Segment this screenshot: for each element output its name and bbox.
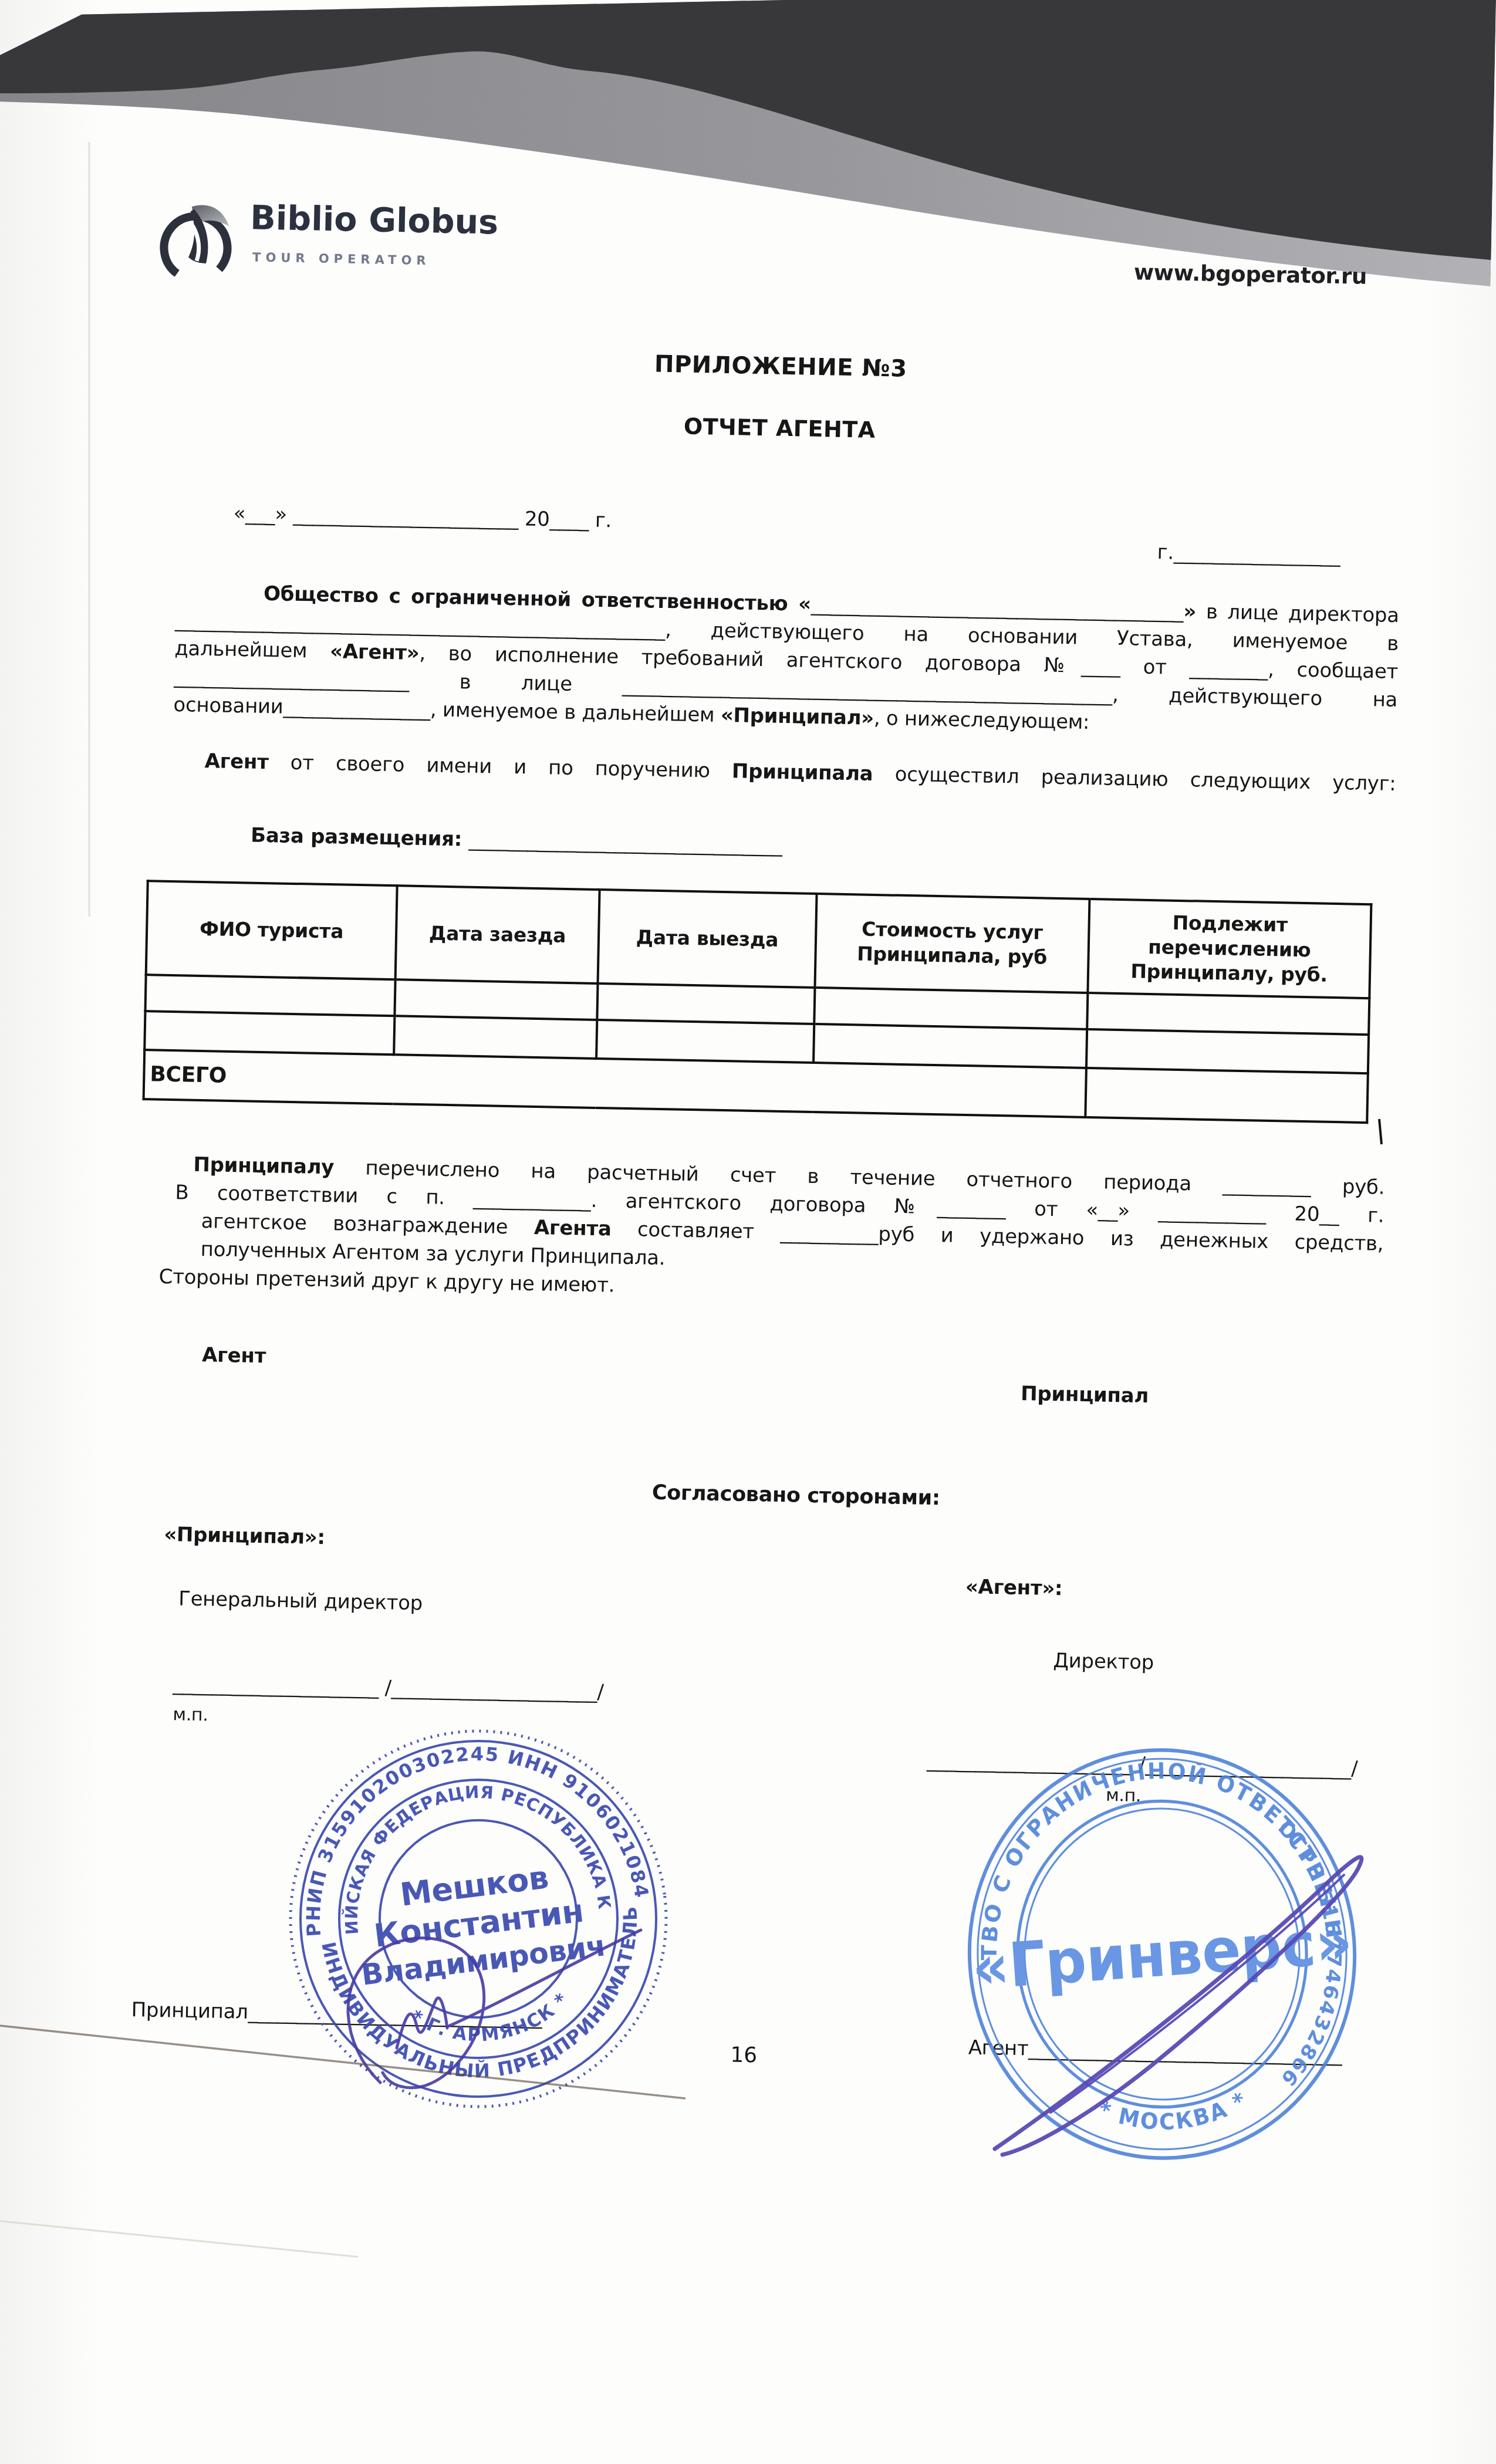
principal-sign-line: _____________________ /_________________… bbox=[173, 1669, 604, 1706]
col-tourist-name: ФИО туриста bbox=[146, 881, 397, 979]
agent-role: Директор bbox=[1053, 1647, 1154, 1677]
logo-subtitle: TOUR OPERATOR bbox=[252, 243, 431, 275]
date-blank-line: «___» _______________________ 20____ г. bbox=[233, 499, 612, 535]
stamp-moscow-text: * МОСКВА * bbox=[1093, 2086, 1253, 2140]
principal-stamp: ОГРНИП 315910200302245 ИНН 910602108443 … bbox=[273, 1713, 684, 2132]
logo-title: Biblio Globus bbox=[250, 201, 499, 239]
agent-stamp: ОБЩЕСТВО С ОГРАНИЧЕННОЙ ОТВЕТСТВЕННОСТЬЮ… bbox=[936, 1722, 1388, 2199]
agreed-by-parties: Согласовано сторонами: bbox=[651, 1479, 940, 1512]
principal-heading: «Принципал»: bbox=[164, 1520, 325, 1552]
principal-seal-abbr: м.п. bbox=[173, 1701, 208, 1729]
scanned-document-page: Biblio Globus TOUR OPERATOR www.bgoperat… bbox=[0, 0, 1496, 2464]
website-url: www.bgoperator.ru bbox=[1133, 258, 1367, 291]
col-checkout-date: Дата выезда bbox=[598, 890, 817, 988]
svg-text:* МОСКВА *: * МОСКВА * bbox=[1093, 2086, 1253, 2140]
principal-role: Генеральный директор bbox=[178, 1584, 423, 1617]
services-line: Агент от своего имени и по поручению При… bbox=[172, 746, 1396, 798]
biblio-globus-logo: Biblio Globus TOUR OPERATOR bbox=[156, 199, 686, 297]
doc-title: ПРИЛОЖЕНИЕ №3 bbox=[169, 341, 1393, 393]
biblio-globus-logo-icon bbox=[156, 199, 240, 289]
agent-word: Агент bbox=[202, 1341, 266, 1370]
col-checkin-date: Дата заезда bbox=[396, 885, 600, 983]
city-blank-line: г._________________ bbox=[1157, 538, 1340, 570]
footer-principal-label: Принципал bbox=[131, 1998, 248, 2024]
agent-heading: «Агент»: bbox=[965, 1573, 1062, 1603]
col-due-to-principal: Подлежит перечислению Принципалу, руб. bbox=[1088, 899, 1371, 998]
page-number: 16 bbox=[730, 2041, 757, 2070]
doc-subtitle: ОТЧЕТ АГЕНТА bbox=[167, 403, 1392, 454]
col-principal-cost: Стоимость услуг Принципала, руб bbox=[815, 894, 1089, 993]
principal-word: Принципал bbox=[1021, 1380, 1149, 1410]
accommodation-base-line: База размещения: _______________________… bbox=[251, 822, 783, 860]
tourists-table: ФИО туриста Дата заезда Дата выезда Стои… bbox=[143, 880, 1373, 1124]
